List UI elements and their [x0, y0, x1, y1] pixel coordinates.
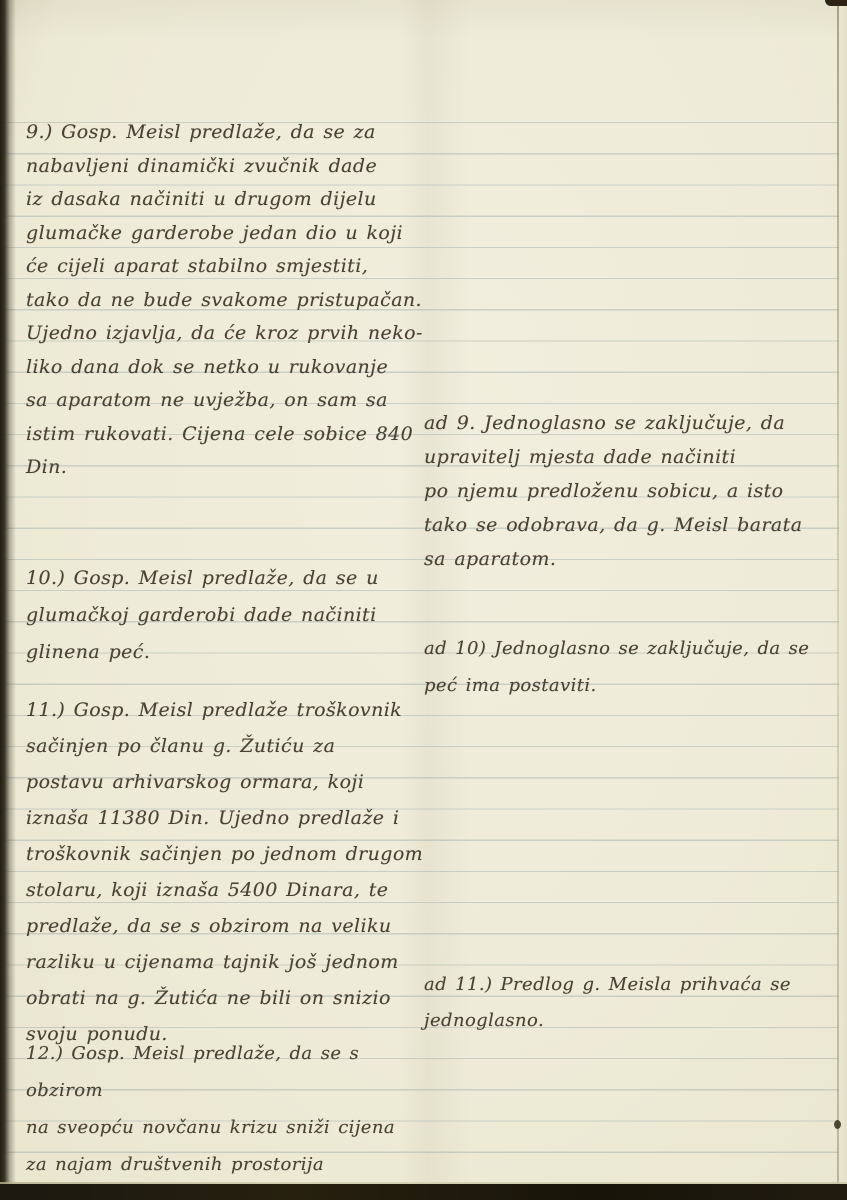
- resolution-ad-9: ad 9. Jednoglasno se zaključuje, da upra…: [424, 406, 844, 576]
- dark-bottom-edge: [0, 1184, 847, 1200]
- minutes-item-10: 10.) Gosp. Meisl predlaže, da se u gluma…: [26, 560, 434, 671]
- page-edge-line: [837, 0, 839, 1184]
- corner-shadow-speck: [825, 0, 847, 6]
- minutes-item-11: 11.) Gosp. Meisl predlaže troškovnik sač…: [26, 692, 434, 1052]
- minutes-item-12: 12.) Gosp. Meisl predlaže, da se s obzir…: [26, 1035, 444, 1183]
- resolution-ad-11: ad 11.) Predlog g. Meisla prihvaća se je…: [424, 967, 844, 1039]
- minutes-item-9: 9.) Gosp. Meisl predlaže, da se za nabav…: [26, 116, 434, 485]
- ink-speck: [834, 1120, 841, 1129]
- book-binding-edge: [0, 0, 16, 1200]
- underlying-page-edge: [839, 0, 847, 1184]
- resolution-ad-10: ad 10) Jednoglasno se zaključuje, da se …: [424, 630, 844, 704]
- notebook-page: 9.) Gosp. Meisl predlaže, da se za nabav…: [0, 0, 847, 1200]
